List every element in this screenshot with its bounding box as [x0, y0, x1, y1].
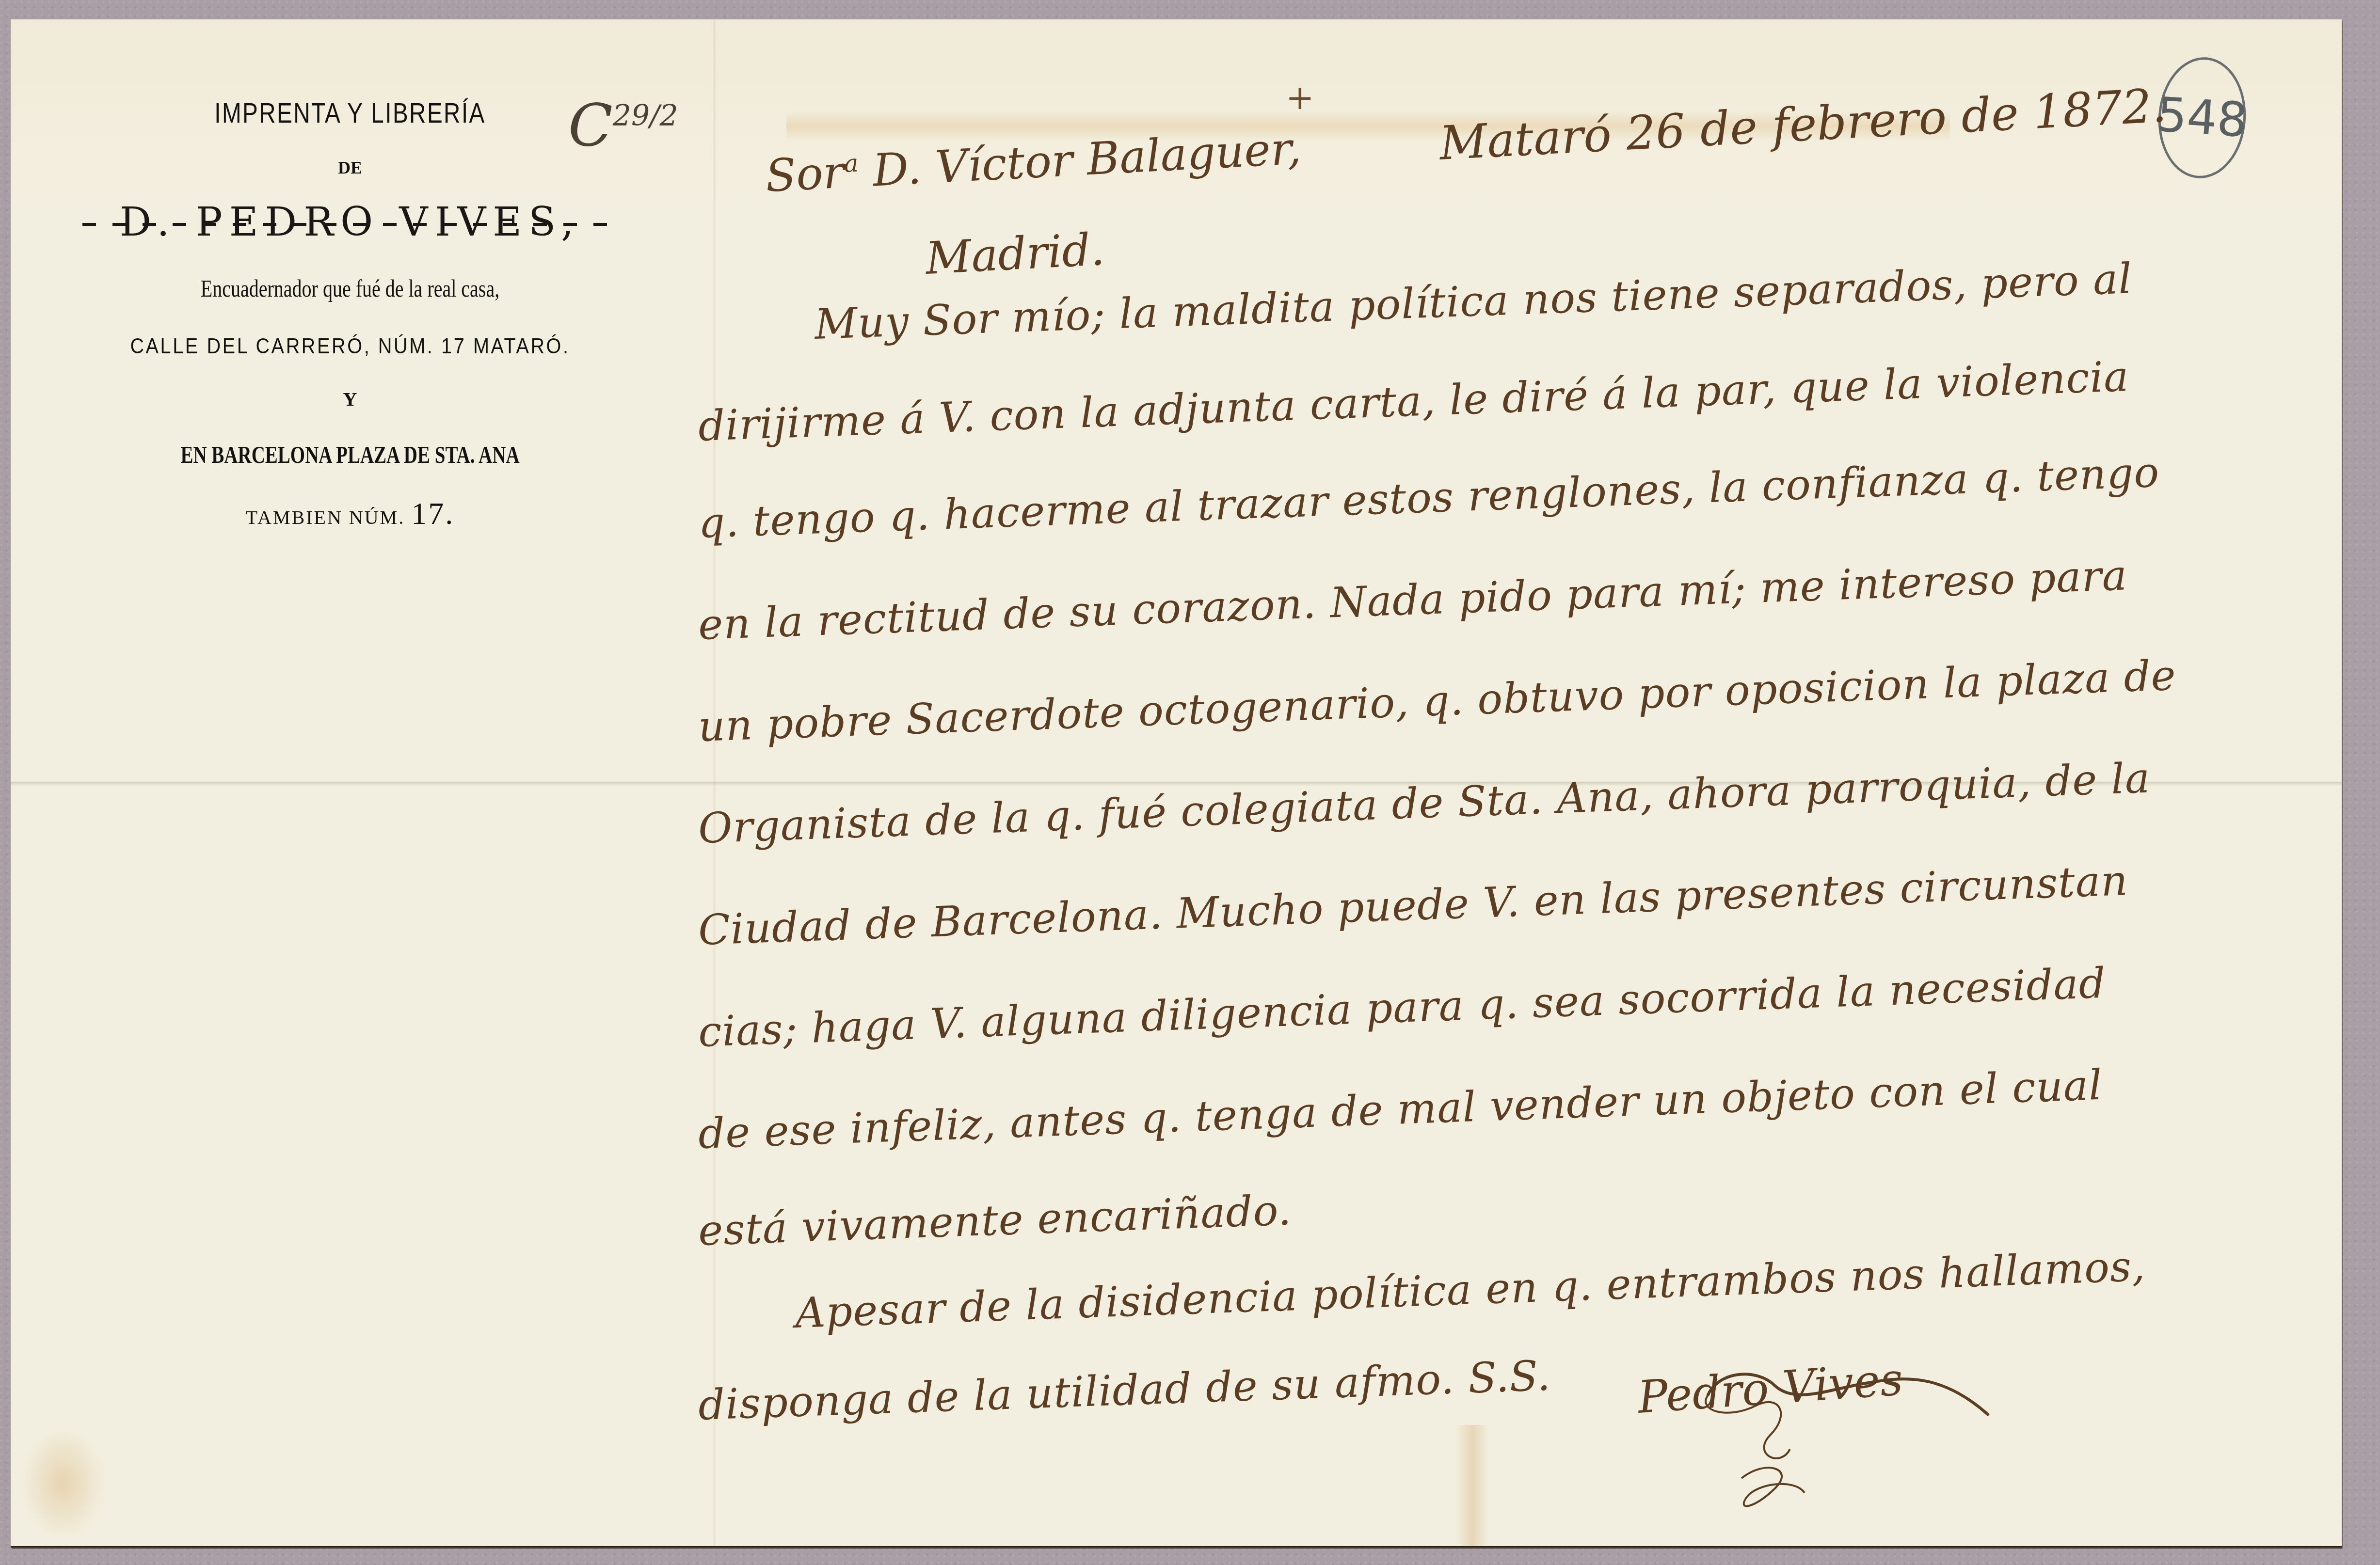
body-line-11: Apesar de la disidencia política en q. e…	[795, 1242, 2146, 1338]
body-line-6: Organista de la q. fué colegiata de Sta.…	[698, 754, 2151, 853]
place-date: Mataró 26 de febrero de 1872.	[1438, 79, 2168, 171]
body-line-7: Ciudad de Barcelona. Mucho puede V. en l…	[698, 856, 2129, 955]
archive-code-letter: C	[568, 92, 613, 159]
letterhead-address: CALLE DEL CARRERÓ, NÚM. 17 MATARÓ.	[88, 334, 612, 359]
printed-letterhead: IMPRENTA Y LIBRERÍA DE D. PEDRO VIVES, E…	[59, 87, 641, 532]
water-stain-bottom-left	[19, 1425, 107, 1541]
letterhead-subtitle: Encuadernador que fué de la real casa,	[117, 274, 583, 302]
letterhead-barcelona: EN BARCELONA PLAZA DE STA. ANA	[123, 441, 577, 469]
closing-line: disponga de la utilidad de su afmo. S.S.	[698, 1352, 1552, 1430]
letterhead-title: IMPRENTA Y LIBRERÍA	[112, 97, 589, 129]
water-stain-bottom-center	[1455, 1425, 1489, 1546]
salutation-prefix: Sor	[764, 146, 846, 202]
signature-flourish-icon	[1698, 1357, 1998, 1522]
archive-code-annotation: C29/2	[568, 92, 678, 159]
folio-number: 548	[2155, 87, 2250, 149]
letterhead-de: DE	[59, 158, 641, 178]
letterhead-tambien-number: 17.	[411, 496, 454, 531]
folio-number-circle: 548	[2154, 54, 2250, 181]
cross-mark: +	[1286, 78, 1314, 117]
letter-paper: IMPRENTA Y LIBRERÍA DE D. PEDRO VIVES, E…	[11, 19, 2342, 1548]
body-line-9: de ese infeliz, antes q. tenga de mal ve…	[698, 1061, 2104, 1158]
salutation-superscript: a	[843, 149, 859, 177]
letterhead-tambien: TAMBIEN NÚM. 17.	[59, 496, 641, 532]
body-line-2: dirijirme á V. con la adjunta carta, le …	[698, 352, 2130, 451]
body-line-8: cias; haga V. alguna diligencia para q. …	[698, 959, 2107, 1057]
letterhead-name: D. PEDRO VIVES,	[59, 199, 641, 245]
letterhead-tambien-label: TAMBIEN NÚM.	[246, 506, 405, 528]
body-line-4: en la rectitud de su corazon. Nada pido …	[698, 551, 2128, 649]
addressee-city: Madrid.	[924, 223, 1106, 285]
body-line-3: q. tengo q. hacerme al trazar estos reng…	[698, 448, 2160, 548]
body-line-5: un pobre Sacerdote octogenario, q. obtuv…	[698, 651, 2177, 751]
archive-code-fraction: 29/2	[613, 99, 678, 133]
letterhead-name-text: D. PEDRO VIVES,	[120, 199, 581, 245]
letterhead-conjunction: Y	[59, 388, 641, 411]
body-line-10: está vivamente encariñado.	[698, 1186, 1293, 1255]
